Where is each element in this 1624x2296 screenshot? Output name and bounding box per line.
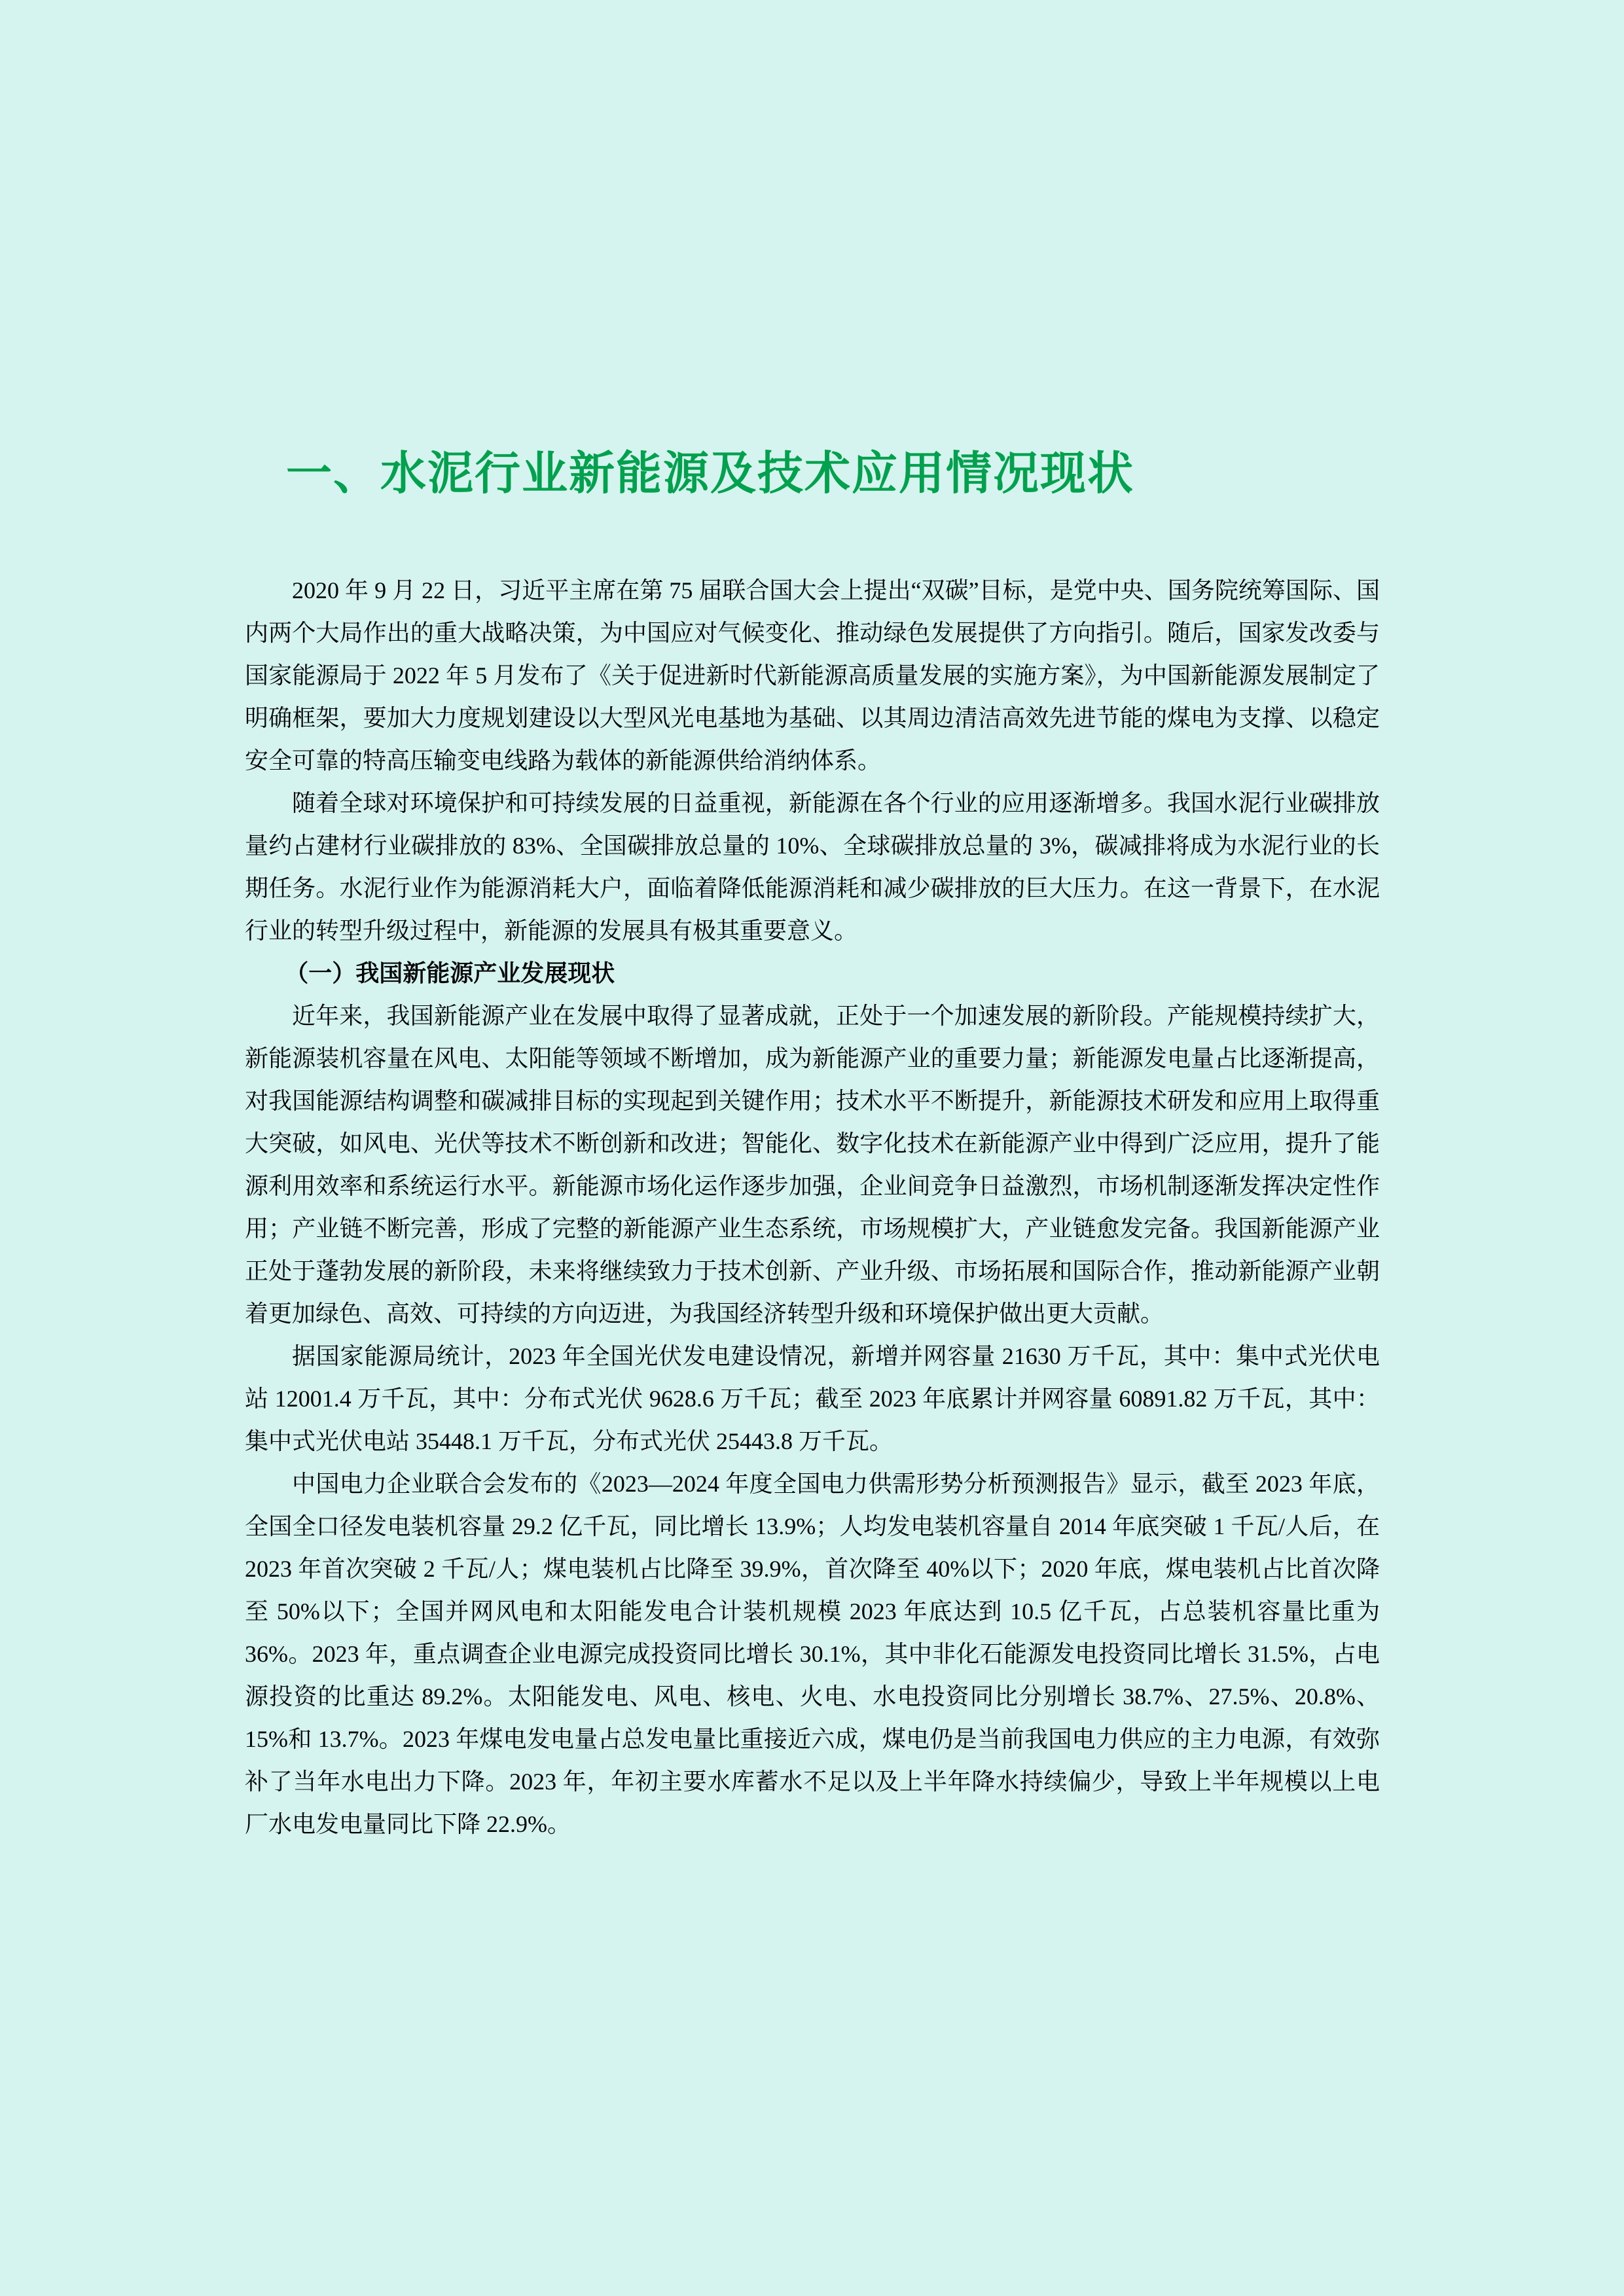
paragraph: 近年来，我国新能源产业在发展中取得了显著成就，正处于一个加速发展的新阶段。产能规…	[245, 995, 1380, 1335]
document-body: 2020 年 9 月 22 日，习近平主席在第 75 届联合国大会上提出“双碳”…	[245, 569, 1380, 1846]
section-title: 一、水泥行业新能源及技术应用情况现状	[286, 437, 1134, 509]
paragraph: 据国家能源局统计，2023 年全国光伏发电建设情况，新增并网容量 21630 万…	[245, 1335, 1380, 1463]
paragraph: 随着全球对环境保护和可持续发展的日益重视，新能源在各个行业的应用逐渐增多。我国水…	[245, 782, 1380, 952]
document-page: 一、水泥行业新能源及技术应用情况现状 2020 年 9 月 22 日，习近平主席…	[0, 0, 1624, 2296]
paragraph: 2020 年 9 月 22 日，习近平主席在第 75 届联合国大会上提出“双碳”…	[245, 569, 1380, 782]
paragraph: 中国电力企业联合会发布的《2023—2024 年度全国电力供需形势分析预测报告》…	[245, 1463, 1380, 1846]
subsection-heading: （一）我国新能源产业发展现状	[245, 952, 1380, 995]
